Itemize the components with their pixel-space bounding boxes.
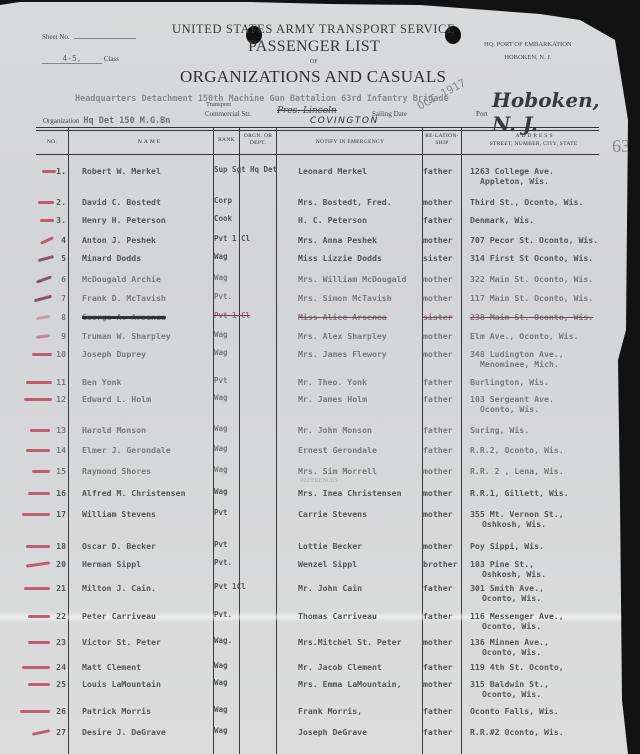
row-relationship: mother — [423, 488, 453, 498]
row-number: 15 — [28, 466, 66, 476]
row-relationship: mother — [423, 541, 453, 551]
transport-label: Transport — [206, 101, 231, 108]
row-number: 21 — [28, 583, 66, 593]
row-number: 24 — [28, 662, 66, 672]
row-relationship: father — [423, 425, 453, 435]
table-row: 13 Harold Monson Wag Mr. John Monson fat… — [0, 425, 628, 437]
row-relationship: father — [423, 727, 453, 737]
row-notify: Wenzel Sippl — [298, 559, 357, 569]
table-row: 9 Truman W. Sharpley Wag Mrs. Alex Sharp… — [0, 331, 628, 343]
row-address: Denmark, Wis. — [470, 215, 534, 225]
address-line-1: 136 Minnen Ave., — [470, 637, 549, 647]
row-notify: Carrie Stevens — [298, 509, 367, 519]
row-rank: Wag — [214, 445, 228, 452]
table-row: 12 Edward L. Holm Wag Mr. James Holm fat… — [0, 394, 628, 406]
row-address: 314 First St Oconto, Wis. — [470, 253, 593, 263]
row-relationship: sister — [423, 312, 453, 322]
table-row: 14 Elmer J. Gerondale Wag Ernest Geronda… — [0, 445, 628, 457]
row-relationship: sister — [423, 253, 453, 263]
row-number: 10 — [28, 349, 66, 359]
table-row: 25 Louis LaMountain Wag Mrs. Emma LaMoun… — [0, 679, 628, 691]
row-name: Louis LaMountain — [82, 679, 161, 689]
row-number: 12 — [28, 394, 66, 404]
address-line-1: 103 Pine St., — [470, 559, 534, 569]
row-notify: Mr. John Cain — [298, 583, 362, 593]
header-name: NAME — [110, 139, 190, 146]
header-relationship: RE-LATION-SHIP — [424, 133, 460, 147]
row-number: 22 — [28, 611, 66, 621]
row-relationship: mother — [423, 331, 453, 341]
row-notify: Mrs.Mitchel St. Peter — [298, 637, 402, 647]
row-rank: Wag. — [214, 637, 232, 644]
row-name: Truman W. Sharpley — [82, 331, 171, 341]
row-number: 2. — [28, 197, 66, 207]
row-name: William Stevens — [82, 509, 156, 519]
row-notify: Mrs. Emma LaMountain, — [298, 679, 402, 689]
row-relationship: father — [423, 377, 453, 387]
row-notify: Mrs. Sim Morrell — [298, 466, 377, 476]
table-row: 24 Matt Clement Wag Mr. Jacob Clement fa… — [0, 662, 628, 674]
row-address: Poy Sippi, Wis. — [470, 541, 544, 551]
table-row: 11 Ben Yonk Pvt Mr. Theo. Yonk father Bu… — [0, 377, 628, 389]
of-label: OF — [310, 59, 318, 65]
row-number: 25 — [28, 679, 66, 689]
row-notify: Mr. John Monson — [298, 425, 372, 435]
row-number: 4 — [28, 235, 66, 245]
row-number: 18 — [28, 541, 66, 551]
address-line-1: 1263 College Ave. — [470, 166, 554, 176]
row-relationship: father — [423, 662, 453, 672]
table-row: 3. Henry H. Peterson Cook H. C. Peterson… — [0, 215, 628, 227]
address-line-2: Oconto, Wis. — [470, 621, 541, 631]
ship-handwritten-name: COVINGTON — [310, 116, 379, 126]
table-row: 22 Peter Carriveau Pvt. Thomas Carriveau… — [0, 611, 628, 623]
row-relationship: father — [423, 445, 453, 455]
row-address: Burlington, Wis. — [470, 377, 549, 387]
row-notify: Thomas Carriveau — [298, 611, 377, 621]
sailing-date-label: Sailing Date — [372, 110, 407, 118]
row-number: 20 — [28, 559, 66, 569]
row-address: Suring, Wis. — [470, 425, 529, 435]
row-relationship: father — [423, 166, 453, 176]
row-notify: Leonard Merkel — [298, 166, 367, 176]
row-name: Frank D. McTavish — [82, 293, 166, 303]
row-relationship: father — [423, 215, 453, 225]
address-line-2: Oconto, Wis. — [470, 593, 541, 603]
class-value: 4-5, — [42, 54, 102, 64]
address-line-2: Oconto, Wis. — [470, 689, 541, 699]
row-notify: Mr. Theo. Yonk — [298, 377, 367, 387]
row-relationship: mother — [423, 509, 453, 519]
table-row: 16 Alfred M. Christensen Wag Mrs. Inea C… — [0, 488, 628, 500]
row-address: R.R. 2 , Lena, Wis. — [470, 466, 564, 476]
row-notify: Mr. James Holm — [298, 394, 367, 404]
row-name: Robert W. Merkel — [82, 166, 161, 176]
table-row: 27 Desire J. DeGrave Wag Joseph DeGrave … — [0, 727, 628, 739]
header-address: ADDRESS — [470, 133, 600, 140]
row-rank: Wag — [214, 274, 228, 281]
header-address-sub: STREET, NUMBER, CITY, STATE — [466, 141, 601, 148]
table-header-rule — [36, 154, 599, 155]
row-number: 14 — [28, 445, 66, 455]
sheet-no-label: Sheet No. — [42, 33, 70, 41]
row-address: 315 Baldwin St.,Oconto, Wis. — [470, 679, 549, 699]
row-address: 322 Main St. Oconto, Wis. — [470, 274, 593, 284]
port-label: Port — [476, 110, 488, 118]
row-name: Victor St. Peter — [82, 637, 161, 647]
ship-struck-name: Pres. Lincoln — [277, 106, 337, 116]
address-line-2: Appleton, Wis. — [470, 176, 549, 186]
row-name: Joseph Duprey — [82, 349, 146, 359]
row-relationship: mother — [423, 466, 453, 476]
row-relationship: father — [423, 706, 453, 716]
document-subtitle: ORGANIZATIONS AND CASUALS — [180, 67, 446, 87]
row-address: 301 Smith Ave.,Oconto, Wis. — [470, 583, 544, 603]
table-row: 26 Patrick Morris Wag Frank Morris, fath… — [0, 706, 628, 718]
row-number: 13 — [28, 425, 66, 435]
row-number: 23 — [28, 637, 66, 647]
row-number: 5 — [28, 253, 66, 263]
organization-value: Hq Det 150 M.G.Bn — [83, 116, 170, 126]
row-address: Elm Ave., Oconto, Wis. — [470, 331, 578, 341]
row-notify: Mrs. Bostedt, Fred. — [298, 197, 392, 207]
row-name: McDougald Archie — [82, 274, 161, 284]
row-name: Ben Yonk — [82, 377, 121, 387]
row-address: R.R.1, Gillett, Wis. — [470, 488, 569, 498]
table-top-rule — [36, 127, 599, 128]
table-top-rule-2 — [36, 130, 599, 131]
row-name: Harold Monson — [82, 425, 146, 435]
row-rank: Pvt 1Cl — [214, 583, 246, 590]
row-notify: Frank Morris, — [298, 706, 362, 716]
row-relationship: mother — [423, 637, 453, 647]
address-line-2: Oconto, Wis. — [470, 647, 541, 657]
row-name: Patrick Morris — [82, 706, 151, 716]
passenger-list-sheet: Sheet No. 4-5, Class UNITED STATES ARMY … — [0, 0, 628, 754]
row-notify: Mrs. James Flewory — [298, 349, 387, 359]
row-relationship: father — [423, 394, 453, 404]
port-value: Hoboken, N. J. — [492, 88, 628, 136]
row-address: Third St., Oconto, Wis. — [470, 197, 583, 207]
row-relationship: mother — [423, 197, 453, 207]
row-name: Milton J. Cain. — [82, 583, 156, 593]
row-dept: Hq Det — [250, 166, 277, 173]
address-line-2: Oshkosh, Wis. — [470, 519, 546, 529]
address-line-1: 315 Baldwin St., — [470, 679, 549, 689]
row-number: 8 — [28, 312, 66, 322]
row-rank: Wag — [214, 349, 228, 356]
row-rank: Wag — [214, 253, 228, 260]
table-row: 21 Milton J. Cain. Pvt 1Cl Mr. John Cain… — [0, 583, 628, 595]
row-address: 136 Minnen Ave.,Oconto, Wis. — [470, 637, 549, 657]
row-rank: Corp — [214, 197, 232, 204]
row-notify: Joseph DeGrave — [298, 727, 367, 737]
header-orgn: ORGN. OR DEPT. — [241, 133, 275, 147]
row-notify: Mrs. Anna Peshek — [298, 235, 377, 245]
row-number: 26 — [28, 706, 66, 716]
row-rank: Pvt 1 Cl — [214, 312, 250, 319]
table-row: 23 Victor St. Peter Wag. Mrs.Mitchel St.… — [0, 637, 628, 649]
address-line-2: Oshkosh, Wis. — [470, 569, 546, 579]
row-rank: Cook — [214, 215, 232, 222]
row-number: 11 — [28, 377, 66, 387]
row-notify: Mrs. Alex Sharpley — [298, 331, 387, 341]
table-row: 5 Minard Dodds Wag Miss Lizzie Dodds sis… — [0, 253, 628, 265]
address-line-2: Menominee, Mich. — [470, 359, 559, 369]
row-notify: Mr. Jacob Clement — [298, 662, 382, 672]
row-number: 1. — [28, 166, 66, 176]
row-notify: Mrs. Simon McTavish — [298, 293, 392, 303]
row-name: George A. Arsenea — [82, 312, 166, 322]
row-notify: H. C. Peterson — [298, 215, 367, 225]
row-rank: Wag — [214, 706, 228, 713]
hq-port-block: HQ. PORT OF EMBARKATION HOBOKEN, N. J. — [484, 38, 572, 64]
row-name: Peter Carriveau — [82, 611, 156, 621]
row-rank: Pvt 1 Cl — [214, 235, 250, 242]
row-rank: Sup Sgt — [214, 166, 246, 173]
bleed-through-text: REFERENCES — [300, 478, 338, 484]
row-relationship: father — [423, 583, 453, 593]
table-row: 4 Anton J. Peshek Pvt 1 Cl Mrs. Anna Pes… — [0, 235, 628, 247]
row-rank: Pvt. — [214, 293, 232, 300]
row-address: 707 Pecor St. Oconto, Wis. — [470, 235, 598, 245]
row-notify: Miss Alice Arsenea — [298, 312, 387, 322]
row-address: 348 Ludington Ave.,Menominee, Mich. — [470, 349, 564, 369]
row-number: 7 — [28, 293, 66, 303]
table-row: 20 Herman Sippl Pvt. Wenzel Sippl brothe… — [0, 559, 628, 571]
row-rank: Pvt. — [214, 559, 232, 566]
row-rank: Wag — [214, 679, 228, 686]
table-row: 7 Frank D. McTavish Pvt. Mrs. Simon McTa… — [0, 293, 628, 305]
row-name: Alfred M. Christensen — [82, 488, 186, 498]
row-number: 17 — [28, 509, 66, 519]
row-relationship: mother — [423, 274, 453, 284]
row-notify: Ernest Gerondale — [298, 445, 377, 455]
row-number: 16 — [28, 488, 66, 498]
agency-title: UNITED STATES ARMY TRANSPORT SERVICE — [172, 22, 455, 37]
row-rank: Wag — [214, 727, 228, 734]
row-name: Anton J. Peshek — [82, 235, 156, 245]
organization-field: Organization Hq Det 150 M.G.Bn — [43, 110, 170, 128]
table-row: 15 Raymond Shores Wag Mrs. Sim Morrell m… — [0, 466, 628, 478]
address-line-1: 348 Ludington Ave., — [470, 349, 564, 359]
row-number: 9 — [28, 331, 66, 341]
row-name: Minard Dodds — [82, 253, 141, 263]
sheet-page-number: 63 — [612, 136, 630, 157]
class-field: 4-5, Class — [42, 54, 119, 64]
row-name: Matt Clement — [82, 662, 141, 672]
row-name: Henry H. Peterson — [82, 215, 166, 225]
row-rank: Pvt — [214, 509, 228, 516]
row-notify: Miss Lizzie Dodds — [298, 253, 382, 263]
row-rank: Pvt — [214, 377, 228, 384]
table-row: 18 Oscar D. Becker Pvt Lottie Becker mot… — [0, 541, 628, 553]
row-notify: Mrs. Inea Christensen — [298, 488, 402, 498]
row-name: Herman Sippl — [82, 559, 141, 569]
row-relationship: mother — [423, 235, 453, 245]
row-name: Raymond Shores — [82, 466, 151, 476]
row-rank: Wag — [214, 394, 228, 401]
row-number: 27 — [28, 727, 66, 737]
row-rank: Wag — [214, 488, 228, 495]
row-notify: Mrs. William McDougald — [298, 274, 406, 284]
row-address: R.R.#2 Oconto, Wis. — [470, 727, 564, 737]
header-no: NO. — [40, 139, 64, 146]
address-line-1: 301 Smith Ave., — [470, 583, 544, 593]
address-line-1: 355 Mt. Vernon St., — [470, 509, 564, 519]
row-rank: Pvt — [214, 541, 228, 548]
table-row: 2. David C. Bostedt Corp Mrs. Bostedt, F… — [0, 197, 628, 209]
row-relationship: mother — [423, 293, 453, 303]
row-address: 119 4th St. Oconto, — [470, 662, 564, 672]
address-line-2: Oconto, Wis. — [470, 404, 539, 414]
row-rank: Wag — [214, 425, 228, 432]
table-row: 17 William Stevens Pvt Carrie Stevens mo… — [0, 509, 628, 521]
row-address: R.R.2, Oconto, Wis. — [470, 445, 564, 455]
row-relationship: mother — [423, 349, 453, 359]
hq-line-2: HOBOKEN, N. J. — [484, 51, 572, 64]
row-rank: Pvt. — [214, 611, 232, 618]
organization-typed-header: Headquarters Detachment 150th Machine Gu… — [75, 94, 449, 104]
row-relationship: brother — [423, 559, 458, 569]
row-name: Elmer J. Gerondale — [82, 445, 171, 455]
row-name: Oscar D. Becker — [82, 541, 156, 551]
hq-line-1: HQ. PORT OF EMBARKATION — [484, 38, 572, 51]
document-title: PASSENGER LIST — [248, 38, 380, 56]
sheet-no-field: Sheet No. — [42, 33, 136, 41]
table-row: 6 McDougald Archie Wag Mrs. William McDo… — [0, 274, 628, 286]
address-line-1: 103 Sergeant Ave. — [470, 394, 554, 404]
header-rank: RANK — [214, 137, 239, 144]
commercial-label: Commercial Str. — [205, 110, 251, 118]
table-row-struck: 8 George A. Arsenea Pvt 1 Cl Miss Alice … — [0, 312, 628, 324]
row-relationship: father — [423, 611, 453, 621]
row-address: 116 Messenger Ave.,Oconto, Wis. — [470, 611, 564, 631]
table-row: 10 Joseph Duprey Wag Mrs. James Flewory … — [0, 349, 628, 361]
row-name: Desire J. DeGrave — [82, 727, 166, 737]
row-relationship: mother — [423, 679, 453, 689]
row-address: 103 Pine St.,Oshkosh, Wis. — [470, 559, 546, 579]
row-address: 238 Main St. Oconto, Wis. — [470, 312, 593, 322]
row-number: 6 — [28, 274, 66, 284]
row-address: 1263 College Ave.Appleton, Wis. — [470, 166, 554, 186]
header-notify: NOTIFY IN EMERGENCY — [290, 139, 410, 146]
row-name: David C. Bostedt — [82, 197, 161, 207]
row-number: 3. — [28, 215, 66, 225]
row-address: 355 Mt. Vernon St.,Oshkosh, Wis. — [470, 509, 564, 529]
row-rank: Wag — [214, 662, 228, 669]
row-notify: Lottie Becker — [298, 541, 362, 551]
row-rank: Wag — [214, 466, 228, 473]
table-row: 1. Robert W. Merkel Sup Sgt Hq Det Leona… — [0, 166, 628, 178]
row-name: Edward L. Holm — [82, 394, 151, 404]
row-address: 117 Main St. Oconto, Wis. — [470, 293, 593, 303]
row-address: 103 Sergeant Ave.Oconto, Wis. — [470, 394, 554, 414]
row-rank: Wag — [214, 331, 228, 338]
class-label: Class — [104, 55, 119, 63]
organization-label: Organization — [43, 117, 79, 125]
row-address: Oconto Falls, Wis. — [470, 706, 559, 716]
address-line-1: 116 Messenger Ave., — [470, 611, 564, 621]
